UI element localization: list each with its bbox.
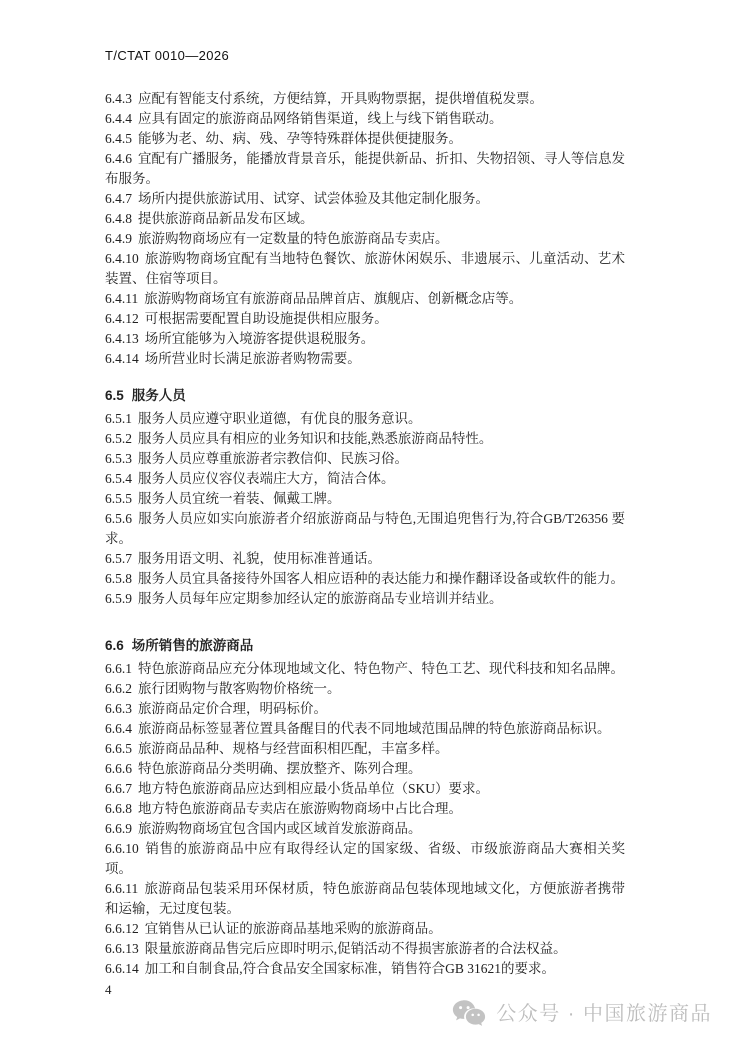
doc-body: 6.4.3应配有智能支付系统，方便结算，开具购物票据，提供增值税发票。6.4.4… bbox=[105, 89, 625, 979]
clause-paragraph: 6.4.10旅游购物商场宜配有当地特色餐饮、旅游休闲娱乐、非遗展示、儿童活动、艺… bbox=[105, 249, 625, 289]
clause-text: 提供旅游商品新品发布区域。 bbox=[138, 211, 314, 226]
clause-paragraph: 6.4.5能够为老、幼、病、残、孕等特殊群体提供便捷服务。 bbox=[105, 129, 625, 149]
clause-text: 能够为老、幼、病、残、孕等特殊群体提供便捷服务。 bbox=[138, 131, 462, 146]
document-page: T/CTAT 0010—2026 6.4.3应配有智能支付系统，方便结算，开具购… bbox=[0, 0, 730, 1045]
clause-paragraph: 6.5.4服务人员应仪容仪表端庄大方，简洁合体。 bbox=[105, 469, 625, 489]
clause-number: 6.4.6 bbox=[105, 151, 132, 166]
clause-paragraph: 6.4.8提供旅游商品新品发布区域。 bbox=[105, 209, 625, 229]
clause-number: 6.5.3 bbox=[105, 451, 132, 466]
clause-paragraph: 6.4.6宜配有广播服务，能播放背景音乐，能提供新品、折扣、失物招领、寻人等信息… bbox=[105, 149, 625, 189]
page-number: 4 bbox=[105, 982, 625, 998]
clause-text: 特色旅游商品应充分体现地域文化、特色物产、特色工艺、现代科技和知名品牌。 bbox=[138, 661, 624, 676]
clause-number: 6.5.5 bbox=[105, 491, 132, 506]
clause-number: 6.4.7 bbox=[105, 191, 132, 206]
clause-text: 地方特色旅游商品应达到相应最小货品单位（SKU）要求。 bbox=[138, 781, 489, 796]
clause-number: 6.5.2 bbox=[105, 431, 132, 446]
clause-number: 6.6.12 bbox=[105, 921, 139, 936]
clause-number: 6.4.11 bbox=[105, 291, 138, 306]
clause-text: 服务人员宜统一着装、佩戴工牌。 bbox=[138, 491, 341, 506]
clause-text: 服务人员应尊重旅游者宗教信仰、民族习俗。 bbox=[138, 451, 408, 466]
clause-number: 6.6.11 bbox=[105, 881, 138, 896]
section-number: 6.6 bbox=[105, 638, 124, 653]
clause-paragraph: 6.6.10销售的旅游商品中应有取得经认定的国家级、省级、市级旅游商品大赛相关奖… bbox=[105, 839, 625, 879]
clause-number: 6.6.2 bbox=[105, 681, 132, 696]
clause-paragraph: 6.6.1特色旅游商品应充分体现地域文化、特色物产、特色工艺、现代科技和知名品牌… bbox=[105, 659, 625, 679]
clause-paragraph: 6.4.13场所宜能够为入境游客提供退税服务。 bbox=[105, 329, 625, 349]
clause-text: 应具有固定的旅游商品网络销售渠道，线上与线下销售联动。 bbox=[138, 111, 503, 126]
wechat-watermark: 公众号 · 中国旅游商品 bbox=[452, 999, 712, 1029]
clause-paragraph: 6.6.12宜销售从已认证的旅游商品基地采购的旅游商品。 bbox=[105, 919, 625, 939]
clause-number: 6.4.8 bbox=[105, 211, 132, 226]
clause-text: 服务人员应具有相应的业务知识和技能,熟悉旅游商品特性。 bbox=[138, 431, 492, 446]
clause-number: 6.5.7 bbox=[105, 551, 132, 566]
clause-paragraph: 6.5.3服务人员应尊重旅游者宗教信仰、民族习俗。 bbox=[105, 449, 625, 469]
doc-code: T/CTAT 0010—2026 bbox=[105, 48, 625, 63]
clause-paragraph: 6.5.9服务人员每年应定期参加经认定的旅游商品专业培训并结业。 bbox=[105, 589, 625, 609]
clause-number: 6.6.4 bbox=[105, 721, 132, 736]
clause-number: 6.4.13 bbox=[105, 331, 139, 346]
clause-paragraph: 6.4.4应具有固定的旅游商品网络销售渠道，线上与线下销售联动。 bbox=[105, 109, 625, 129]
clause-number: 6.5.4 bbox=[105, 471, 132, 486]
clause-text: 服务人员宜具备接待外国客人相应语种的表达能力和操作翻译设备或软件的能力。 bbox=[138, 571, 624, 586]
clause-number: 6.6.8 bbox=[105, 801, 132, 816]
clause-paragraph: 6.6.14加工和自制食品,符合食品安全国家标准，销售符合GB 31621的要求… bbox=[105, 959, 625, 979]
clause-text: 旅游商品定价合理，明码标价。 bbox=[138, 701, 327, 716]
clause-text: 服务用语文明、礼貌，使用标准普通话。 bbox=[138, 551, 381, 566]
clause-paragraph: 6.4.14场所营业时长满足旅游者购物需要。 bbox=[105, 349, 625, 369]
clause-number: 6.5.1 bbox=[105, 411, 132, 426]
clause-number: 6.6.3 bbox=[105, 701, 132, 716]
clause-paragraph: 6.5.1服务人员应遵守职业道德，有优良的服务意识。 bbox=[105, 409, 625, 429]
clause-paragraph: 6.5.7服务用语文明、礼貌，使用标准普通话。 bbox=[105, 549, 625, 569]
clause-number: 6.4.10 bbox=[105, 251, 139, 266]
clause-text: 场所宜能够为入境游客提供退税服务。 bbox=[145, 331, 375, 346]
wechat-icon bbox=[452, 999, 486, 1029]
clause-paragraph: 6.5.8服务人员宜具备接待外国客人相应语种的表达能力和操作翻译设备或软件的能力… bbox=[105, 569, 625, 589]
clause-text: 应配有智能支付系统，方便结算，开具购物票据，提供增值税发票。 bbox=[138, 91, 543, 106]
clause-text: 旅游购物商场宜包含国内或区域首发旅游商品。 bbox=[138, 821, 422, 836]
clause-text: 旅游商品标签显著位置具备醒目的代表不同地域范围品牌的特色旅游商品标识。 bbox=[138, 721, 611, 736]
clause-text: 地方特色旅游商品专卖店在旅游购物商场中占比合理。 bbox=[138, 801, 462, 816]
clause-text: 服务人员应仪容仪表端庄大方，简洁合体。 bbox=[138, 471, 395, 486]
clause-paragraph: 6.4.7场所内提供旅游试用、试穿、试尝体验及其他定制化服务。 bbox=[105, 189, 625, 209]
section-heading: 6.5服务人员 bbox=[105, 386, 625, 406]
clause-text: 服务人员每年应定期参加经认定的旅游商品专业培训并结业。 bbox=[138, 591, 503, 606]
clause-paragraph: 6.5.2服务人员应具有相应的业务知识和技能,熟悉旅游商品特性。 bbox=[105, 429, 625, 449]
clause-text: 旅行团购物与散客购物价格统一。 bbox=[138, 681, 341, 696]
clause-text: 场所内提供旅游试用、试穿、试尝体验及其他定制化服务。 bbox=[138, 191, 489, 206]
clause-number: 6.4.12 bbox=[105, 311, 139, 326]
clause-number: 6.6.9 bbox=[105, 821, 132, 836]
clause-paragraph: 6.6.2旅行团购物与散客购物价格统一。 bbox=[105, 679, 625, 699]
watermark-text: 公众号 · 中国旅游商品 bbox=[496, 999, 712, 1029]
clause-paragraph: 6.6.7地方特色旅游商品应达到相应最小货品单位（SKU）要求。 bbox=[105, 779, 625, 799]
section-heading: 6.6场所销售的旅游商品 bbox=[105, 636, 625, 656]
clause-text: 宜配有广播服务，能播放背景音乐，能提供新品、折扣、失物招领、寻人等信息发布服务。 bbox=[105, 151, 625, 186]
clause-number: 6.5.9 bbox=[105, 591, 132, 606]
clause-number: 6.4.3 bbox=[105, 91, 132, 106]
clause-number: 6.5.6 bbox=[105, 511, 132, 526]
clause-text: 销售的旅游商品中应有取得经认定的国家级、省级、市级旅游商品大赛相关奖项。 bbox=[105, 841, 625, 876]
clause-paragraph: 6.4.12可根据需要配置自助设施提供相应服务。 bbox=[105, 309, 625, 329]
clause-text: 旅游商品包装采用环保材质，特色旅游商品包装体现地域文化，方便旅游者携带和运输，无… bbox=[105, 881, 625, 916]
clause-paragraph: 6.6.8地方特色旅游商品专卖店在旅游购物商场中占比合理。 bbox=[105, 799, 625, 819]
clause-text: 特色旅游商品分类明确、摆放整齐、陈列合理。 bbox=[138, 761, 422, 776]
section-number: 6.5 bbox=[105, 388, 124, 403]
clause-text: 场所营业时长满足旅游者购物需要。 bbox=[145, 351, 361, 366]
clause-text: 旅游商品品种、规格与经营面积相匹配，丰富多样。 bbox=[138, 741, 449, 756]
clause-number: 6.4.4 bbox=[105, 111, 132, 126]
clause-paragraph: 6.6.13限量旅游商品售完后应即时明示,促销活动不得损害旅游者的合法权益。 bbox=[105, 939, 625, 959]
clause-number: 6.6.14 bbox=[105, 961, 139, 976]
clause-paragraph: 6.4.9旅游购物商场应有一定数量的特色旅游商品专卖店。 bbox=[105, 229, 625, 249]
clause-number: 6.4.14 bbox=[105, 351, 139, 366]
clause-number: 6.6.10 bbox=[105, 841, 139, 856]
clause-text: 可根据需要配置自助设施提供相应服务。 bbox=[145, 311, 388, 326]
clause-paragraph: 6.4.11旅游购物商场宜有旅游商品品牌首店、旗舰店、创新概念店等。 bbox=[105, 289, 625, 309]
clause-number: 6.4.9 bbox=[105, 231, 132, 246]
clause-number: 6.6.6 bbox=[105, 761, 132, 776]
clause-text: 旅游购物商场宜配有当地特色餐饮、旅游休闲娱乐、非遗展示、儿童活动、艺术装置、住宿… bbox=[105, 251, 625, 286]
clause-paragraph: 6.6.11旅游商品包装采用环保材质，特色旅游商品包装体现地域文化，方便旅游者携… bbox=[105, 879, 625, 919]
clause-paragraph: 6.5.5服务人员宜统一着装、佩戴工牌。 bbox=[105, 489, 625, 509]
clause-number: 6.6.7 bbox=[105, 781, 132, 796]
clause-text: 服务人员应如实向旅游者介绍旅游商品与特色,无围追兜售行为,符合GB/T26356… bbox=[105, 511, 625, 546]
section-title: 服务人员 bbox=[132, 388, 186, 403]
clause-paragraph: 6.6.6特色旅游商品分类明确、摆放整齐、陈列合理。 bbox=[105, 759, 625, 779]
clause-text: 服务人员应遵守职业道德，有优良的服务意识。 bbox=[138, 411, 422, 426]
clause-paragraph: 6.6.3旅游商品定价合理，明码标价。 bbox=[105, 699, 625, 719]
clause-text: 加工和自制食品,符合食品安全国家标准，销售符合GB 31621的要求。 bbox=[145, 961, 555, 976]
clause-paragraph: 6.4.3应配有智能支付系统，方便结算，开具购物票据，提供增值税发票。 bbox=[105, 89, 625, 109]
clause-paragraph: 6.5.6服务人员应如实向旅游者介绍旅游商品与特色,无围追兜售行为,符合GB/T… bbox=[105, 509, 625, 549]
section-title: 场所销售的旅游商品 bbox=[132, 638, 254, 653]
clause-number: 6.6.1 bbox=[105, 661, 132, 676]
clause-number: 6.6.5 bbox=[105, 741, 132, 756]
clause-paragraph: 6.6.9旅游购物商场宜包含国内或区域首发旅游商品。 bbox=[105, 819, 625, 839]
clause-text: 旅游购物商场应有一定数量的特色旅游商品专卖店。 bbox=[138, 231, 449, 246]
clause-paragraph: 6.6.4旅游商品标签显著位置具备醒目的代表不同地域范围品牌的特色旅游商品标识。 bbox=[105, 719, 625, 739]
clause-number: 6.6.13 bbox=[105, 941, 139, 956]
clause-paragraph: 6.6.5旅游商品品种、规格与经营面积相匹配，丰富多样。 bbox=[105, 739, 625, 759]
clause-text: 限量旅游商品售完后应即时明示,促销活动不得损害旅游者的合法权益。 bbox=[145, 941, 567, 956]
clause-text: 旅游购物商场宜有旅游商品品牌首店、旗舰店、创新概念店等。 bbox=[144, 291, 522, 306]
clause-number: 6.5.8 bbox=[105, 571, 132, 586]
clause-text: 宜销售从已认证的旅游商品基地采购的旅游商品。 bbox=[145, 921, 442, 936]
clause-number: 6.4.5 bbox=[105, 131, 132, 146]
